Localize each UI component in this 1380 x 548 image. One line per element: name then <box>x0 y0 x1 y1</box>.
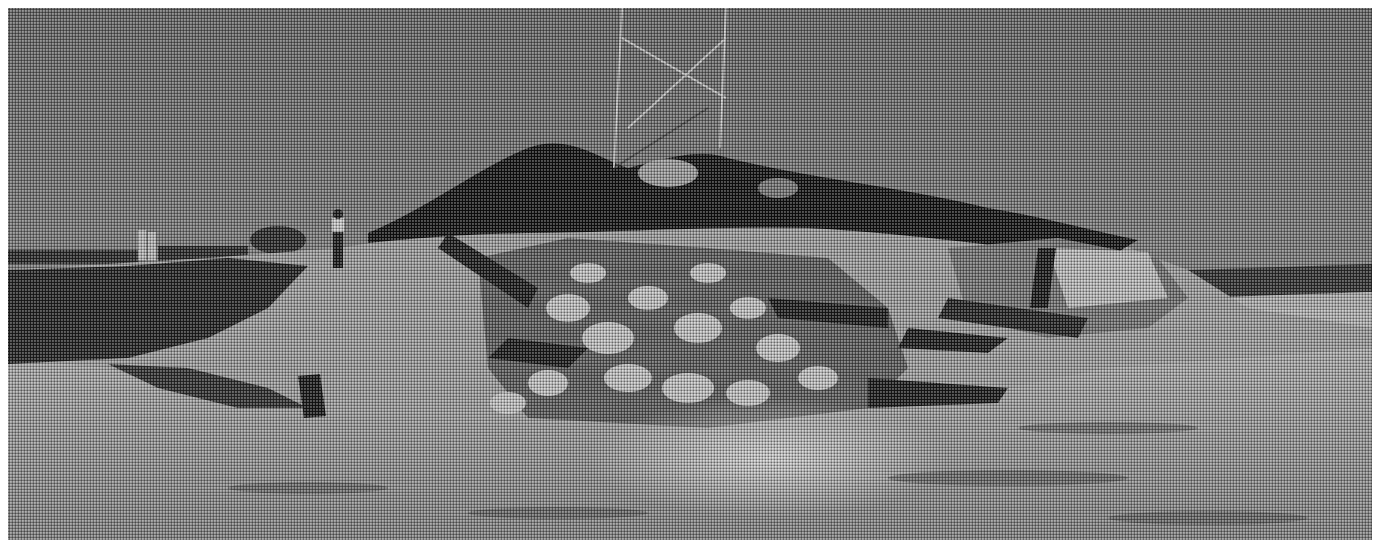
photo-scene <box>8 8 1372 540</box>
light-glare <box>588 398 948 518</box>
halftone-photograph <box>8 8 1372 540</box>
